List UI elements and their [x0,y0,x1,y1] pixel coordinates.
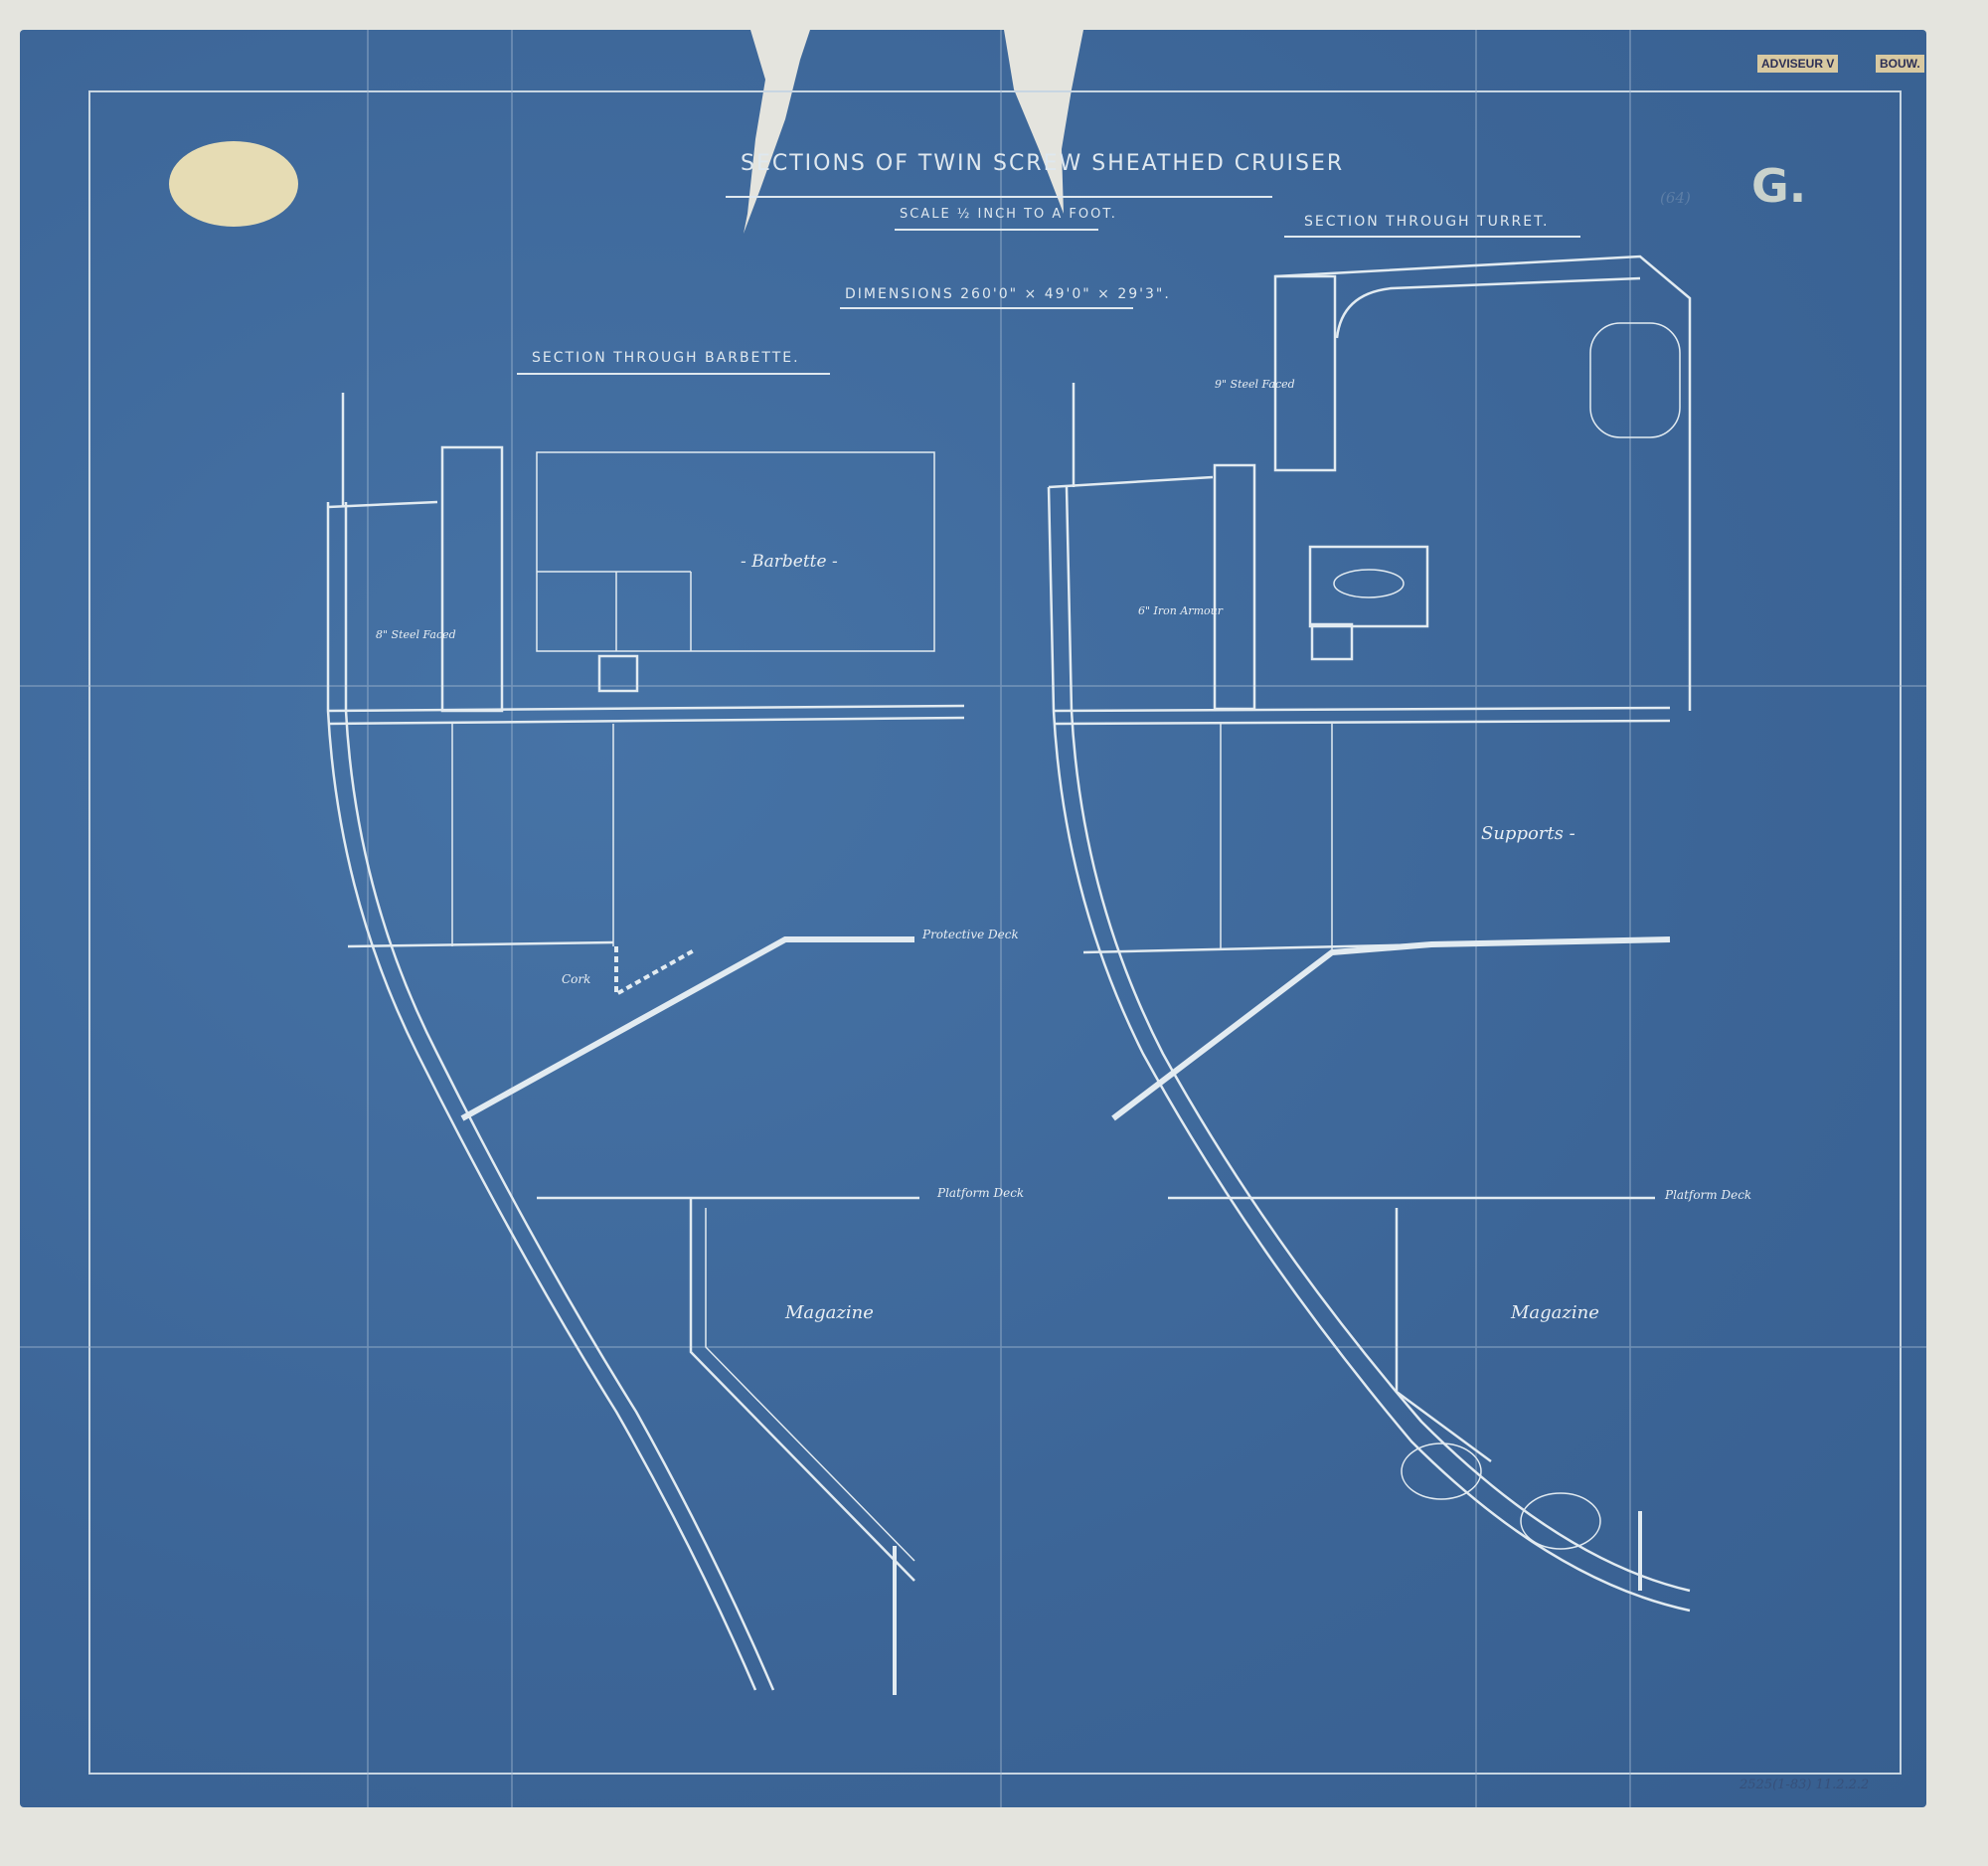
stamp-right: BOUW. [1876,55,1924,73]
scale-note: SCALE ½ INCH TO A FOOT. [900,207,1117,222]
label-steel-faced-left: 8" Steel Faced [376,628,456,641]
label-cork: Cork [562,972,590,986]
label-platform-deck-right: Platform Deck [1665,1188,1751,1202]
sheet-mark: G. [1751,159,1806,213]
stamp-left: ADVISEUR V [1757,55,1838,73]
tear-left [744,30,810,234]
turret-heading: SECTION THROUGH TURRET. [1304,214,1549,230]
label-steel-faced-right: 9" Steel Faced [1215,378,1295,391]
label-magazine-right: Magazine [1511,1302,1599,1323]
catalog-pencil: 2525(1-83) 11.2.2.2 [1739,1778,1869,1792]
label-supports: Supports - [1481,823,1575,844]
label-magazine-left: Magazine [785,1302,874,1323]
label-barbette: - Barbette - [741,552,838,572]
label-platform-deck-left: Platform Deck [937,1186,1024,1200]
label-iron-armour: 6" Iron Armour [1138,604,1223,617]
barbette-section [328,393,964,1695]
paper-patch [169,141,298,227]
pencil-note: (64) [1660,189,1691,207]
drawing-title: SECTIONS OF TWIN SCREW SHEATHED CRUISER [741,151,1344,176]
label-protective-deck: Protective Deck [922,928,1019,941]
dimensions-note: DIMENSIONS 260'0" × 49'0" × 29'3". [845,286,1171,302]
tear-middle [1004,30,1083,214]
barbette-heading: SECTION THROUGH BARBETTE. [532,350,800,366]
turret-section [1049,256,1690,1611]
